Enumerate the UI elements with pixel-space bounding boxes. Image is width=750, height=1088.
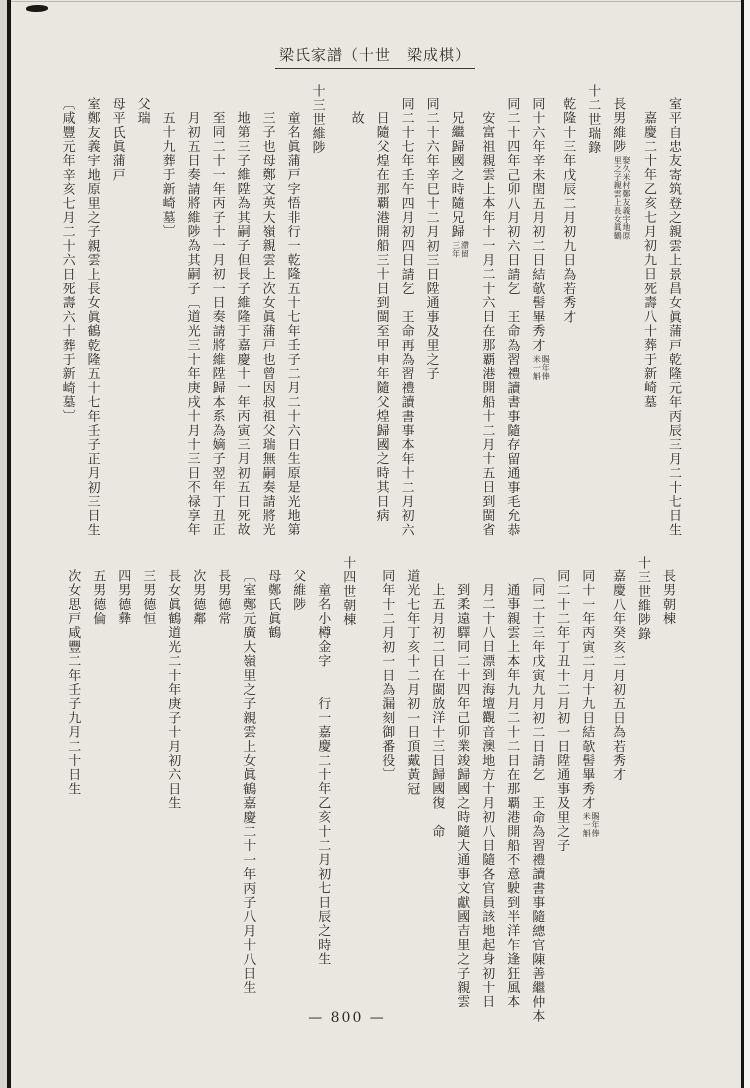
column-text: 次男德鄰: [190, 569, 205, 626]
text-column: 嘉慶八年癸亥二月初五日為若秀才: [611, 556, 624, 1026]
column-text: 長女眞鶴道光二十年庚子十月初六日生: [165, 569, 180, 810]
text-column: 三子也母鄭文英大嶺親雲上次女眞蒲戸也曾因叔祖父瑞無嗣奏請將光: [261, 84, 274, 560]
column-text: 母鄭氏眞鶴: [265, 569, 280, 640]
annotation-line: 里之子親雲上長女眞鶴: [612, 156, 621, 240]
inline-annotation: 賜年俸米一斛: [532, 355, 550, 380]
annotation-line: 米一斛: [532, 355, 541, 380]
text-column: 道光七年丁亥十二月初一日頂戴黃冠: [405, 556, 418, 1026]
text-column: 〔咸豐元年辛亥七月二十六日死壽六十葬于新崎墓〕: [61, 84, 74, 560]
column-text: 長男朝棟: [660, 569, 675, 626]
text-column: 月初五日奏請將維陟為其嗣子〔道光三十年庚戌十月十三日不禄享年: [186, 84, 199, 560]
column-text: 同二十六年辛巳十二月初三日陞通事及里之子: [424, 97, 439, 381]
lower-text-block: 長男朝棟 十三世維陟錄 嘉慶八年癸亥二月初五日為若秀才 同十一年丙寅二月十九日結…: [54, 556, 674, 1026]
text-column: 上五月初二日在閩放洋十三日歸國復 命: [430, 556, 443, 1026]
column-text: 同二十四年己卯八月初六日請乞 王命為習禮讀書事隨存留通事毛允恭: [504, 97, 519, 537]
inline-annotation: 滯留三年: [451, 241, 469, 258]
text-column: 月二十八日漂到海壇觀音澳地方十月初八日隨各官員該地起身初十日: [480, 556, 493, 1026]
text-column: 五男德倫: [91, 556, 104, 1026]
text-column: 長男維陟娶久米村鄭友義宇地原里之子親雲上長女眞鶴: [611, 84, 630, 560]
column-text: 通事親雲上本年九月二十二日在那覇港開船不意駛到半洋乍逢狂風本: [504, 583, 519, 1009]
column-text: 次女思戸咸豐二年壬子九月二十日生: [65, 569, 80, 796]
column-text: 〔咸豐元年辛亥七月二十六日死壽六十葬于新崎墓〕: [60, 97, 75, 424]
text-column: 同十一年丙寅二月十九日結欹髻畢秀才賜年俸米一斛: [580, 556, 599, 1026]
text-column: 室鄭友義宇地原里之子親雲上長女眞鶴乾隆五十七年壬子正月初三日生: [86, 84, 99, 560]
text-column: 次男德鄰: [191, 556, 204, 1026]
text-column: 同十六年辛未閏五月初二日結欹髻畢秀才賜年俸米一斛: [530, 84, 549, 560]
column-text: 乾隆十三年戊辰二月初九日為若秀才: [560, 97, 575, 324]
text-column: 室平自忠友寄筑登之親雲上景昌女眞蒲戸乾隆元年丙辰三月二十七日生: [667, 84, 680, 560]
column-text: 道光七年丁亥十二月初一日頂戴黃冠: [404, 569, 419, 796]
genealogy-scan-page: { "page": { "title": "梁氏家譜（十世 梁成棋）", "pa…: [0, 0, 750, 1088]
inline-annotation: 賜年俸米一斛: [581, 812, 599, 837]
column-text: 父維陟: [290, 569, 305, 612]
annotation-line: 滯留: [460, 241, 469, 258]
text-column: 〔室鄭元廣大嶺里之子親雲上女眞鶴嘉慶二十一年丙子八月十八日生: [241, 556, 254, 1026]
scan-edge-left-strip: [0, 0, 7, 1088]
section-header-column: 十三世維陟: [311, 84, 324, 560]
column-text: 月初五日奏請將維陟為其嗣子〔道光三十年庚戌十月十三日不禄享年: [185, 111, 200, 537]
text-column: 長男德常: [216, 556, 229, 1026]
column-text: 四男德彝: [115, 569, 130, 626]
text-column: 父維陟: [291, 556, 304, 1026]
column-text: 同十一年丙寅二月十九日結欹髻畢秀才: [579, 569, 594, 810]
scan-corner-blob: [26, 5, 48, 12]
text-column: 〔同二十三年戊寅九月初二日請乞 王命為習禮讀書事隨總官陳善繼仲本: [530, 556, 543, 1026]
upper-text-block: 室平自忠友寄筑登之親雲上景昌女眞蒲戸乾隆元年丙辰三月二十七日生 嘉慶二十年乙亥七…: [49, 84, 680, 560]
inline-annotation: 娶久米村鄭友義宇地原里之子親雲上長女眞鶴: [612, 156, 630, 240]
text-column: 父瑞: [136, 84, 149, 560]
text-column: 至同二十一年丙子十一月初一日奏請將維陞歸本系為嫡子翌年丁丑正: [211, 84, 224, 560]
text-column: 童名眞蒲戸字悟非行一乾隆五十七年壬子二月二十六日生原是光地第: [286, 84, 299, 560]
column-text: 同二十二年丁丑十二月初一日陞通事及里之子: [554, 569, 569, 853]
column-text: 童名小樽金字 行一嘉慶二十年乙亥十二月初七日辰之時生: [315, 583, 330, 966]
column-text: 上五月初二日在閩放洋十三日歸國復 命: [429, 583, 444, 839]
column-text: 兄繼歸國之時隨兄歸: [449, 111, 464, 239]
column-text: 安富祖親雲上本年十一月二十六日在那覇港開船十二月十五日到閩省: [479, 111, 494, 537]
annotation-line: 娶久米村鄭友義宇地原: [621, 156, 630, 240]
annotation-line: 米一斛: [581, 812, 590, 837]
annotation-line: 賜年俸: [540, 355, 549, 380]
text-column: 通事親雲上本年九月二十二日在那覇港開船不意駛到半洋乍逢狂風本: [505, 556, 518, 1026]
text-column: 同二十二年丁丑十二月初一日陞通事及里之子: [555, 556, 568, 1026]
column-text: 至同二十一年丙子十一月初一日奏請將維陞歸本系為嫡子翌年丁丑正: [210, 111, 225, 537]
text-column: 長女眞鶴道光二十年庚子十月初六日生: [166, 556, 179, 1026]
section-header-column: 十四世朝棟: [341, 556, 354, 1026]
column-text: 長男維陟: [610, 97, 625, 154]
text-column: 三男德恒: [141, 556, 154, 1026]
column-text: 〔室鄭元廣大嶺里之子親雲上女眞鶴嘉慶二十一年丙子八月十八日生: [240, 569, 255, 995]
column-text: 十四世朝棟: [340, 556, 355, 627]
text-column: 到柔遠驛同二十四年己卯業竣歸國之時隨大通事文獻國吉里之子親雲: [455, 556, 468, 1026]
text-column: 四男德彝: [116, 556, 129, 1026]
annotation-line: 三年: [451, 241, 460, 258]
column-text: 同二十七年壬午四月初四日請乞 王命再為習禮讀書事本年十二月初六: [399, 97, 414, 537]
page-number: — 800 —: [0, 1010, 722, 1026]
text-column: 同二十七年壬午四月初四日請乞 王命再為習禮讀書事本年十二月初六: [400, 84, 413, 560]
text-column: 故: [350, 84, 363, 560]
column-text: 室平自忠友寄筑登之親雲上景昌女眞蒲戸乾隆元年丙辰三月二十七日生: [666, 97, 681, 537]
column-text: 日隨父煌在那覇港開船三十日到閩至甲申年隨父煌歸國之時其日病: [374, 111, 389, 523]
scan-edge-left-line: [7, 0, 11, 1088]
column-text: 父瑞: [135, 97, 150, 125]
column-text: 同十六年辛未閏五月初二日結欹髻畢秀才: [529, 97, 544, 353]
column-text: 五十九葬于新崎墓〕: [160, 111, 175, 239]
text-column: 五十九葬于新崎墓〕: [161, 84, 174, 560]
text-column: 母鄭氏眞鶴: [266, 556, 279, 1026]
column-text: 三子也母鄭文英大嶺親雲上次女眞蒲戸也曾因叔祖父瑞無嗣奏請將光: [260, 111, 275, 537]
column-text: 童名眞蒲戸字悟非行一乾隆五十七年壬子二月二十六日生原是光地第: [285, 111, 300, 537]
text-column: 乾隆十三年戊辰二月初九日為若秀才: [561, 84, 574, 560]
column-text: 十三世維陟: [310, 84, 325, 155]
text-column: 嘉慶二十年乙亥七月初九日死壽八十葬于新崎墓: [642, 84, 655, 560]
column-text: 到柔遠驛同二十四年己卯業竣歸國之時隨大通事文獻國吉里之子親雲: [454, 583, 469, 1009]
column-text: 室鄭友義宇地原里之子親雲上長女眞鶴乾隆五十七年壬子正月初三日生: [85, 97, 100, 537]
column-text: 地第三子維陞為其嗣子但長子維隆于嘉慶十一年丙寅三月初五日死故: [235, 111, 250, 537]
column-text: 母平氏眞蒲戸: [110, 97, 125, 182]
column-text: 嘉慶八年癸亥二月初五日為若秀才: [610, 569, 625, 782]
text-column: 同年十二月初一日為漏刻御番役〕: [380, 556, 393, 1026]
text-column: 同二十四年己卯八月初六日請乞 王命為習禮讀書事隨存留通事毛允恭: [505, 84, 518, 560]
column-text: 嘉慶二十年乙亥七月初九日死壽八十葬于新崎墓: [641, 111, 656, 409]
section-header-column: 十二世瑞錄: [586, 84, 599, 560]
text-column: 兄繼歸國之時隨兄歸滯留三年: [450, 84, 469, 560]
text-column: 次女思戸咸豐二年壬子九月二十日生: [66, 556, 79, 1026]
text-column: 同二十六年辛巳十二月初三日陞通事及里之子: [425, 84, 438, 560]
column-text: 十二世瑞錄: [585, 84, 600, 155]
text-column: 長男朝棟: [661, 556, 674, 1026]
running-title-row: 梁氏家譜（十世 梁成棋）: [0, 44, 750, 69]
column-text: 月二十八日漂到海壇觀音澳地方十月初八日隨各官員該地起身初十日: [479, 583, 494, 1009]
text-column: 地第三子維陞為其嗣子但長子維隆于嘉慶十一年丙寅三月初五日死故: [236, 84, 249, 560]
scan-edge-right-strip: [744, 0, 750, 1088]
page-title: 梁氏家譜（十世 梁成棋）: [275, 44, 475, 69]
column-text: 長男德常: [215, 569, 230, 626]
text-column: 安富祖親雲上本年十一月二十六日在那覇港開船十二月十五日到閩省: [480, 84, 493, 560]
scan-top-hairline: [11, 1, 741, 2]
text-column: 日隨父煌在那覇港開船三十日到閩至甲申年隨父煌歸國之時其日病: [375, 84, 388, 560]
column-text: 三男德恒: [140, 569, 155, 626]
text-column: 母平氏眞蒲戸: [111, 84, 124, 560]
column-text: 五男德倫: [90, 569, 105, 626]
text-column: 童名小樽金字 行一嘉慶二十年乙亥十二月初七日辰之時生: [316, 556, 329, 1026]
section-header-column: 十三世維陟錄: [636, 556, 649, 1026]
column-text: 同年十二月初一日為漏刻御番役〕: [379, 569, 394, 782]
column-text: 〔同二十三年戊寅九月初二日請乞 王命為習禮讀書事隨總官陳善繼仲本: [529, 569, 544, 1023]
annotation-line: 賜年俸: [590, 812, 599, 837]
column-text: 故: [349, 111, 364, 125]
column-text: 十三世維陟錄: [635, 556, 650, 641]
